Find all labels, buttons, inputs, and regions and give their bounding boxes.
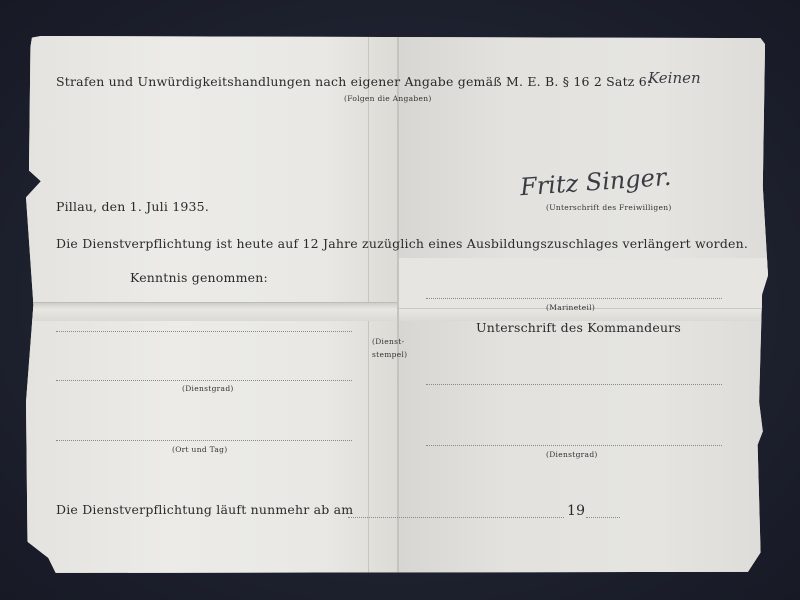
folded-flap [398, 258, 770, 309]
expiry-year-prefix: 19 [567, 503, 585, 519]
volunteer-signature-caption: (Unterschrift des Freiwilligen) [546, 203, 672, 212]
place-date: Pillau, den 1. Juli 1935. [56, 199, 209, 214]
expiry-label: Die Dienstverpflichtung läuft nunmehr ab… [56, 502, 353, 517]
acknowledged-label: Kenntnis genommen: [130, 270, 268, 285]
handwritten-answer: Keinen [648, 69, 701, 87]
header-line-text: Strafen und Unwürdigkeitshandlungen nach… [56, 74, 651, 89]
stamp-caption-line2: stempel) [372, 350, 407, 359]
commander-rank-caption: (Dienstgrad) [546, 450, 598, 459]
unit-caption: (Marineteil) [546, 303, 595, 312]
place-day-line[interactable] [56, 440, 352, 441]
commander-title: Unterschrift des Kommandeurs [476, 320, 681, 335]
header-caption: (Folgen die Angaben) [344, 94, 432, 103]
center-fold [397, 36, 399, 574]
extension-statement: Die Dienstverpflichtung ist heute auf 12… [56, 236, 748, 251]
unit-field-line[interactable] [426, 298, 722, 299]
place-day-caption: (Ort und Tag) [172, 445, 227, 454]
acknowledged-rank-line[interactable] [56, 380, 352, 381]
document-sheet: Strafen und Unwürdigkeitshandlungen nach… [26, 36, 768, 574]
stamp-caption-line1: (Dienst- [372, 337, 404, 346]
acknowledged-rank-caption: (Dienstgrad) [182, 384, 234, 393]
commander-signature-line[interactable] [426, 384, 722, 385]
expiry-date-line[interactable] [348, 517, 564, 518]
commander-rank-line[interactable] [426, 445, 722, 446]
expiry-year-line[interactable] [586, 517, 620, 518]
acknowledged-signature-line[interactable] [56, 331, 352, 332]
